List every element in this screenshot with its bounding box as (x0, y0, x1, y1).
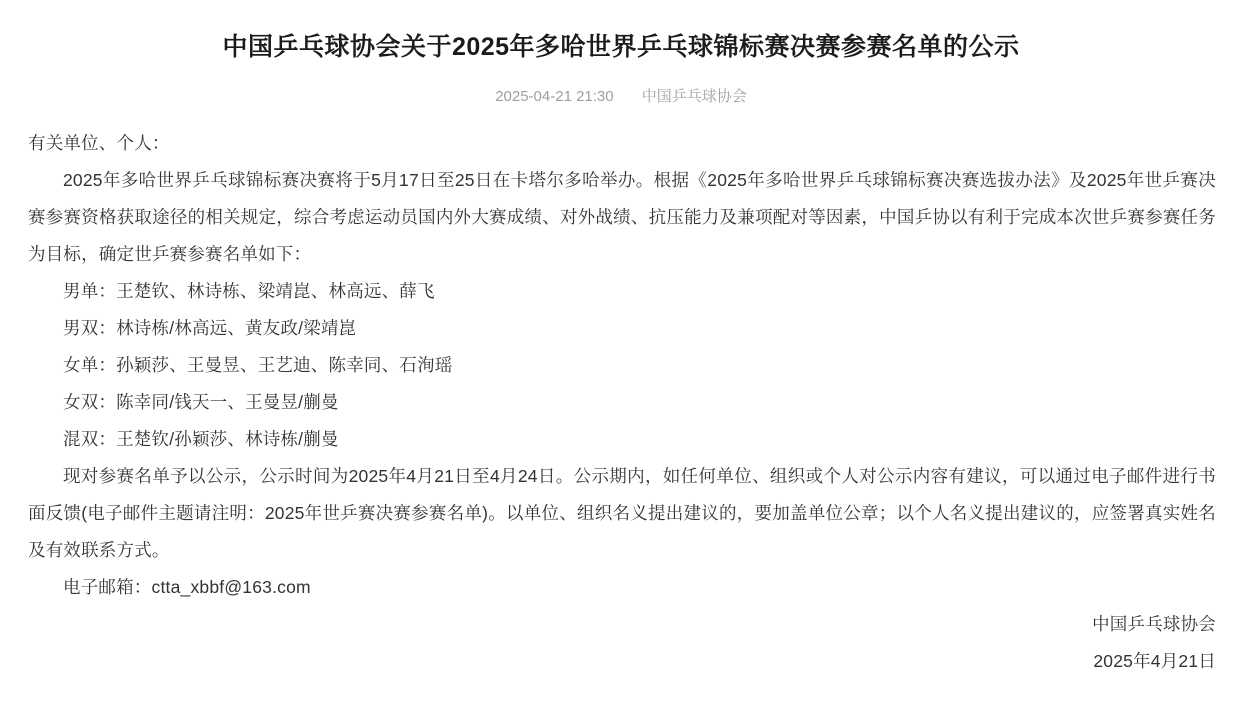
signature-organization: 中国乒乓球协会 (28, 606, 1216, 643)
roster-event-label: 女双： (63, 392, 116, 412)
roster-line-womens-doubles: 女双：陈幸同/钱天一、王曼昱/蒯曼 (28, 384, 1216, 421)
roster-line-mens-doubles: 男双：林诗栋/林高远、黄友政/梁靖崑 (28, 310, 1216, 347)
roster-line-mens-singles: 男单：王楚钦、林诗栋、梁靖崑、林高远、薛飞 (28, 273, 1216, 310)
publisher-name: 中国乒乓球协会 (642, 88, 747, 105)
signature-date: 2025年4月21日 (28, 643, 1216, 680)
signature-block: 中国乒乓球协会 2025年4月21日 (28, 606, 1216, 680)
roster-players: 林诗栋/林高远、黄友政/梁靖崑 (116, 318, 356, 338)
email-address: ctta_xbbf@163.com (152, 577, 311, 597)
email-label: 电子邮箱： (63, 577, 152, 597)
notice-paragraph: 现对参赛名单予以公示，公示时间为2025年4月21日至4月24日。公示期内，如任… (28, 458, 1216, 569)
roster-event-label: 男双： (63, 318, 116, 338)
article-body: 有关单位、个人： 2025年多哈世界乒乓球锦标赛决赛将于5月17日至25日在卡塔… (28, 125, 1216, 680)
roster-players: 陈幸同/钱天一、王曼昱/蒯曼 (116, 392, 339, 412)
roster-players: 王楚钦、林诗栋、梁靖崑、林高远、薛飞 (116, 281, 435, 301)
meta-line: 2025-04-21 21:30 中国乒乓球协会 (0, 88, 1242, 106)
roster-event-label: 女单： (63, 355, 116, 375)
email-line: 电子邮箱：ctta_xbbf@163.com (28, 569, 1216, 606)
roster-players: 王楚钦/孙颖莎、林诗栋/蒯曼 (116, 429, 339, 449)
page-title: 中国乒乓球协会关于2025年多哈世界乒乓球锦标赛决赛参赛名单的公示 (0, 0, 1242, 62)
roster-event-label: 混双： (63, 429, 116, 449)
roster-players: 孙颖莎、王曼昱、王艺迪、陈幸同、石洵瑶 (116, 355, 452, 375)
roster-line-mixed-doubles: 混双：王楚钦/孙颖莎、林诗栋/蒯曼 (28, 421, 1216, 458)
publish-datetime: 2025-04-21 21:30 (495, 88, 613, 105)
roster-event-label: 男单： (63, 281, 116, 301)
roster-line-womens-singles: 女单：孙颖莎、王曼昱、王艺迪、陈幸同、石洵瑶 (28, 347, 1216, 384)
intro-paragraph: 2025年多哈世界乒乓球锦标赛决赛将于5月17日至25日在卡塔尔多哈举办。根据《… (28, 162, 1216, 273)
salutation-line: 有关单位、个人： (28, 125, 1216, 162)
announcement-page: 中国乒乓球协会关于2025年多哈世界乒乓球锦标赛决赛参赛名单的公示 2025-0… (0, 0, 1242, 708)
